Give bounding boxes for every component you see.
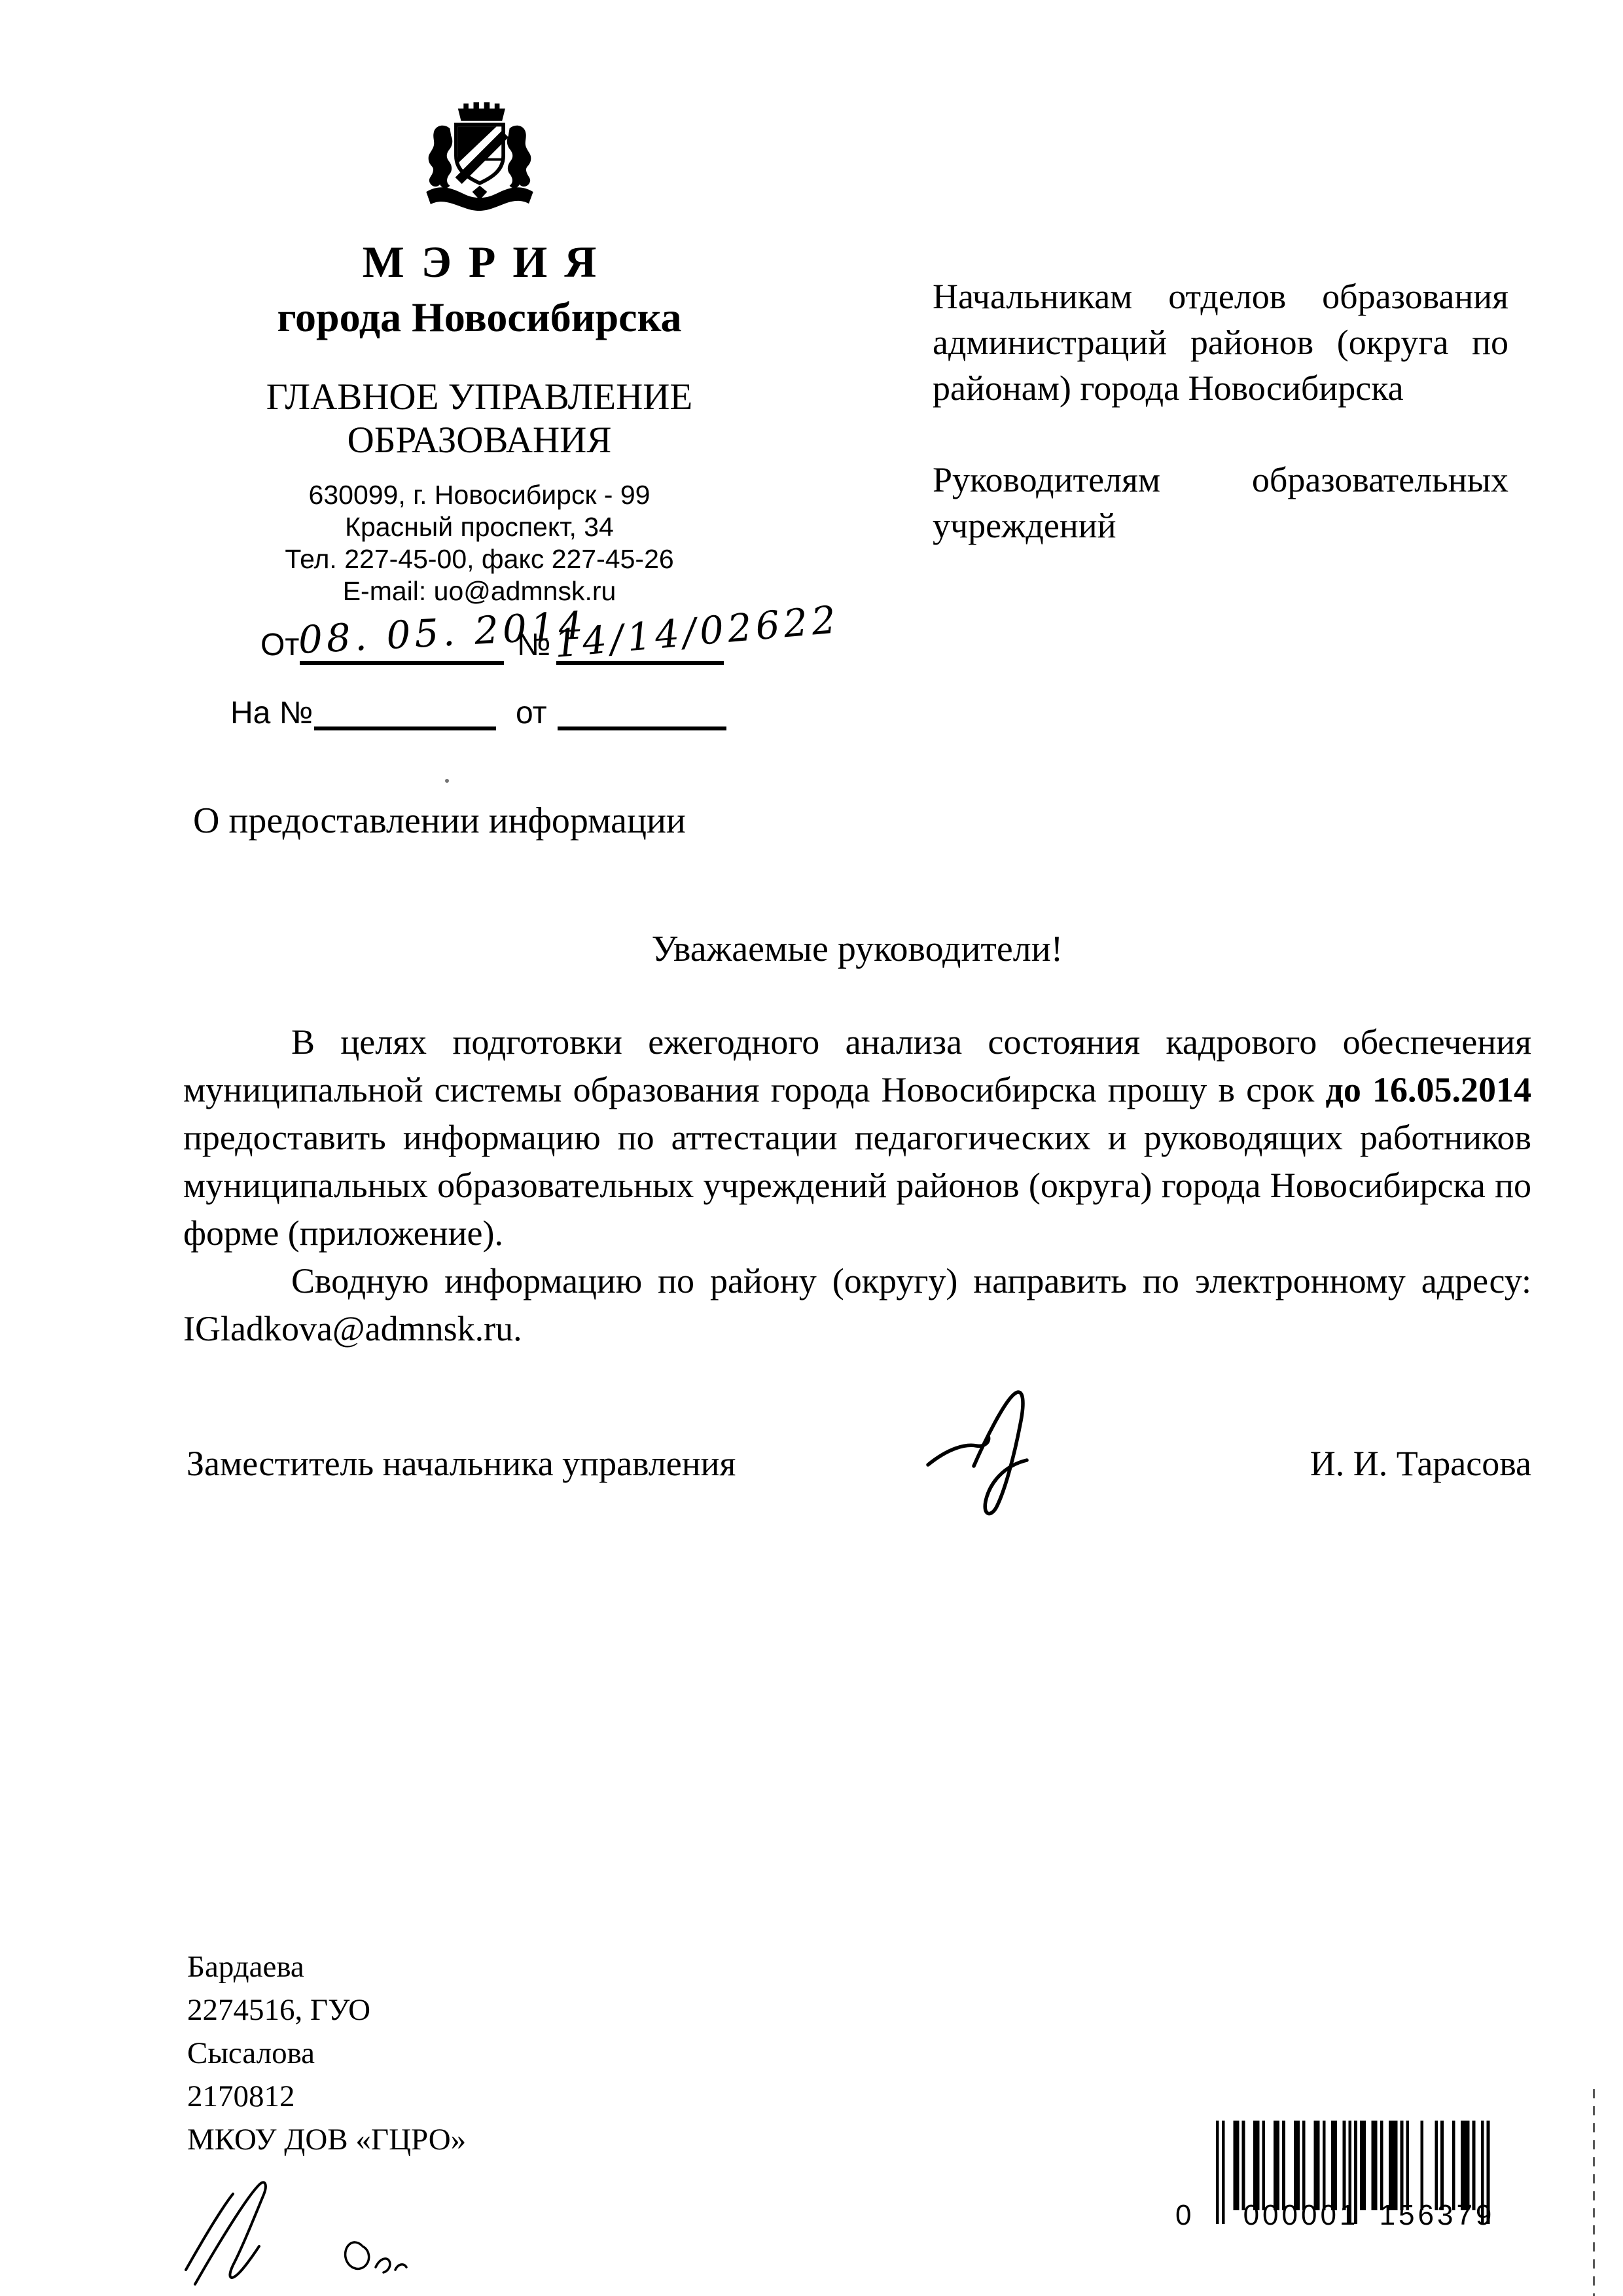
org-name-city: города Новосибирска — [183, 293, 776, 342]
handwritten-initials-mark — [171, 2172, 289, 2296]
outgoing-number-handwritten: 14/14/02622 — [552, 597, 841, 666]
letter-body: В целях подготовки ежегодного анализа со… — [183, 1018, 1531, 1353]
outgoing-date-line: 08. 05. 2014 — [300, 620, 504, 665]
executor-phone-2: 2170812 — [187, 2075, 466, 2118]
address-phone-fax: Тел. 227-45-00, факс 227-45-26 — [183, 543, 776, 575]
addressee-departments: Начальникам отделов образования админист… — [933, 274, 1508, 411]
executor-name-1: Бардаева — [187, 1945, 466, 1988]
reply-number-blank — [314, 695, 496, 730]
addressee-block: Начальникам отделов образования админист… — [933, 274, 1508, 594]
department-line1: ГЛАВНОЕ УПРАВЛЕНИЕ — [183, 376, 776, 419]
executor-name-2: Сысалова — [187, 2032, 466, 2075]
letterhead: МЭРИЯ города Новосибирска ГЛАВНОЕ УПРАВЛ… — [183, 98, 776, 607]
reply-date-blank — [558, 695, 726, 730]
signature-scribble — [916, 1381, 1086, 1518]
scanned-letter-page: МЭРИЯ города Новосибирска ГЛАВНОЕ УПРАВЛ… — [0, 0, 1623, 2296]
executor-phone-1: 2274516, ГУО — [187, 1988, 466, 2032]
signatory-name: И. И. Тарасова — [1270, 1443, 1531, 1484]
from-label: От — [260, 627, 299, 663]
body-p1-deadline: до 16.05.2014 — [1326, 1070, 1532, 1109]
barcode-digit-first: 0 — [1175, 2199, 1194, 2232]
address-postal: 630099, г. Новосибирск - 99 — [183, 479, 776, 511]
body-paragraph-1: В целях подготовки ежегодного анализа со… — [183, 1018, 1531, 1257]
subject-line: О предоставлении информации — [193, 800, 686, 842]
address-street: Красный проспект, 34 — [183, 511, 776, 543]
scan-speck — [445, 779, 449, 783]
department-line2: ОБРАЗОВАНИЯ — [183, 419, 776, 462]
scan-artifact-line — [1593, 2089, 1595, 2296]
executor-contacts: Бардаева 2274516, ГУО Сысалова 2170812 М… — [187, 1945, 466, 2161]
salutation: Уважаемые руководители! — [183, 928, 1531, 970]
barcode-digits-left: 000001 — [1236, 2199, 1366, 2232]
body-paragraph-2: Сводную информацию по району (округу) на… — [183, 1257, 1531, 1353]
outgoing-number-line: 14/14/02622 — [556, 620, 724, 665]
signatory-position: Заместитель начальника управления — [187, 1443, 736, 1484]
executor-organization: МКОУ ДОВ «ГЦРО» — [187, 2118, 466, 2161]
org-name-mayor: МЭРИЯ — [183, 236, 776, 288]
addressee-heads: Руководителям образовательных учреждений — [933, 457, 1508, 548]
barcode-digits-right: 156379 — [1372, 2199, 1503, 2232]
number-label: № — [517, 627, 551, 663]
address-email: E-mail: uo@admnsk.ru — [183, 575, 776, 607]
body-p1-after: предоставить информацию по аттестации пе… — [183, 1118, 1531, 1253]
handwritten-note-mark — [339, 2220, 431, 2292]
coat-of-arms-novosibirsk-icon — [418, 98, 542, 226]
reply-from-label: от — [516, 695, 547, 731]
reply-to-label: На № — [230, 695, 313, 731]
